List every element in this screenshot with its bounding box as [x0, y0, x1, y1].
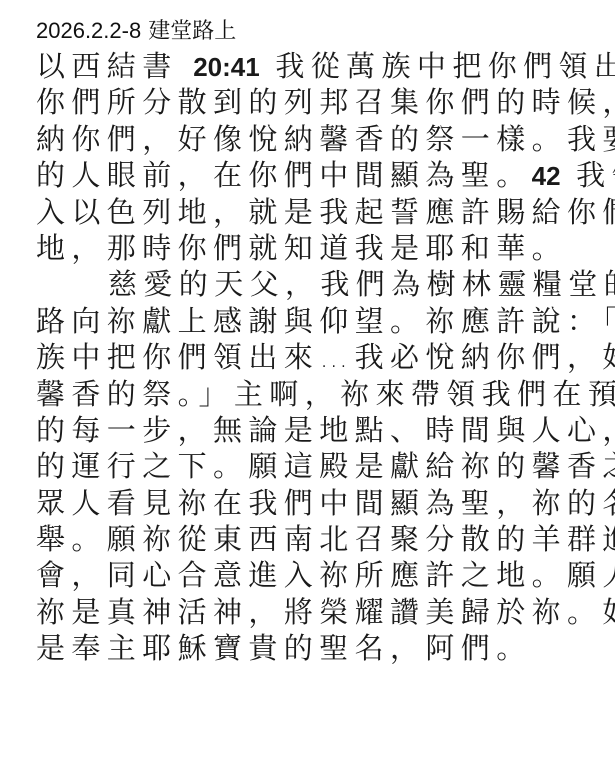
scripture-passage: 以西結書 20:41 我從萬族中把你們領出來，從 你們所分散到的列邦召集你們的時…: [36, 48, 596, 266]
scripture-line: 你們所分散到的列邦召集你們的時候，我必悅: [36, 84, 596, 120]
line-text: 我領你們進: [561, 158, 615, 192]
prayer-line: 舉。願祢從東西南北召聚分散的羊群進入教: [36, 521, 596, 557]
scripture-line: 以西結書 20:41 我從萬族中把你們領出來，從: [36, 48, 596, 84]
prayer-line: 慈愛的天父，我們為樹林靈糧堂的建堂道: [36, 266, 596, 302]
line-text: 的人眼前，在你們中間顯為聖。: [36, 158, 532, 192]
document-title: 2026.2.2-8 建堂路上: [36, 14, 596, 48]
prayer-line: 是奉主耶穌寶貴的聖名，阿們。: [36, 630, 596, 666]
scripture-line: 入以色列地，就是我起誓應許賜給你們列祖之: [36, 194, 596, 230]
scripture-line: 地，那時你們就知道我是耶和華。: [36, 230, 596, 266]
line-text: 你們所分散到的列邦召集你們的時候，我必悅: [36, 85, 615, 119]
prayer-line: 的每一步，無論是地點、時間與人心，都在祢: [36, 412, 596, 448]
devotional-document: 2026.2.2-8 建堂路上 以西結書 20:41 我從萬族中把你們領出來，從…: [36, 14, 596, 667]
prayer-line: 馨香的祭。」主啊，祢來帶領我們在預備建堂: [36, 376, 596, 412]
prayer-line: 會，同心合意進入祢所應許之地。願人都知道: [36, 557, 596, 593]
line-text: 入以色列地，就是我起誓應許賜給你們列祖之: [36, 195, 615, 229]
title-text: 建堂路上: [148, 19, 236, 44]
scripture-line: 的人眼前，在你們中間顯為聖。42 我領你們進: [36, 157, 596, 193]
prayer-line: 族中把你們領出來…我必悅納你們，好像悅納: [36, 339, 596, 375]
verse-reference: 20:41: [193, 52, 260, 82]
title-date: 2026.2.2-8: [36, 18, 141, 43]
prayer-paragraph: 慈愛的天父，我們為樹林靈糧堂的建堂道 路向祢獻上感謝與仰望。祢應許說：「我從萬 …: [36, 266, 596, 666]
line-text: 以西結書: [36, 49, 193, 83]
scripture-line: 納你們，好像悅納馨香的祭一樣。我要在列國: [36, 121, 596, 157]
line-text: 我從萬族中把你們領出來，從: [260, 49, 615, 83]
line-text: 納你們，好像悅納馨香的祭一樣。我要在列國: [36, 122, 615, 156]
prayer-line: 路向祢獻上感謝與仰望。祢應許說：「我從萬: [36, 303, 596, 339]
verse-number: 42: [532, 161, 561, 191]
prayer-line: 的運行之下。願這殿是獻給祢的馨香之祭，使: [36, 448, 596, 484]
line-text: 地，那時你們就知道我是耶和華。: [36, 231, 567, 265]
prayer-line: 眾人看見祢在我們中間顯為聖，祢的名被高: [36, 485, 596, 521]
prayer-line: 祢是真神活神，將榮耀讚美歸於祢。如此禱告: [36, 594, 596, 630]
